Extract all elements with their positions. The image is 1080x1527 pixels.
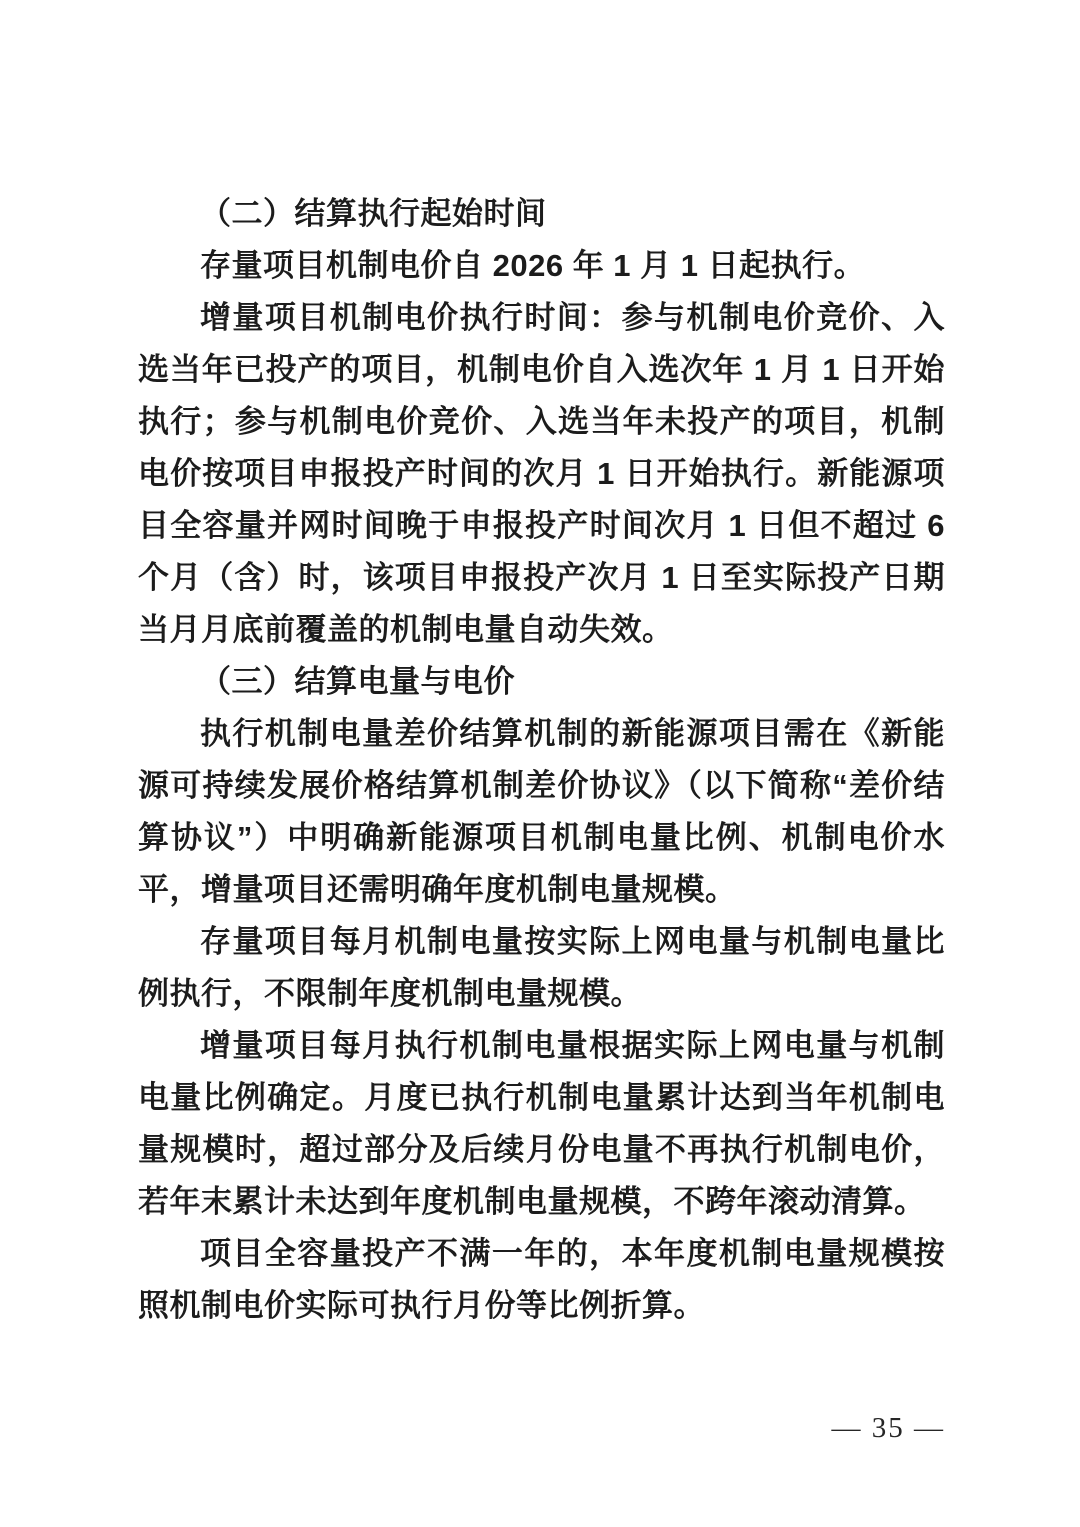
paragraph: 执行机制电量差价结算机制的新能源项目需在《新能源可持续发展价格结算机制差价协议》…: [138, 708, 945, 916]
page-number: — 35 —: [138, 1410, 945, 1446]
section-heading-3: （三）结算电量与电价: [138, 656, 945, 708]
section-heading-2: （二）结算执行起始时间: [138, 188, 945, 240]
paragraph: 增量项目机制电价执行时间：参与机制电价竞价、入选当年已投产的项目，机制电价自入选…: [138, 292, 945, 656]
paragraph: 存量项目机制电价自 2026 年 1 月 1 日起执行。: [138, 240, 945, 292]
document-body: （二）结算执行起始时间 存量项目机制电价自 2026 年 1 月 1 日起执行。…: [138, 188, 945, 1332]
paragraph: 项目全容量投产不满一年的，本年度机制电量规模按照机制电价实际可执行月份等比例折算…: [138, 1228, 945, 1332]
paragraph: 增量项目每月执行机制电量根据实际上网电量与机制电量比例确定。月度已执行机制电量累…: [138, 1020, 945, 1228]
paragraph: 存量项目每月机制电量按实际上网电量与机制电量比例执行，不限制年度机制电量规模。: [138, 916, 945, 1020]
document-page: （二）结算执行起始时间 存量项目机制电价自 2026 年 1 月 1 日起执行。…: [0, 0, 1080, 1527]
